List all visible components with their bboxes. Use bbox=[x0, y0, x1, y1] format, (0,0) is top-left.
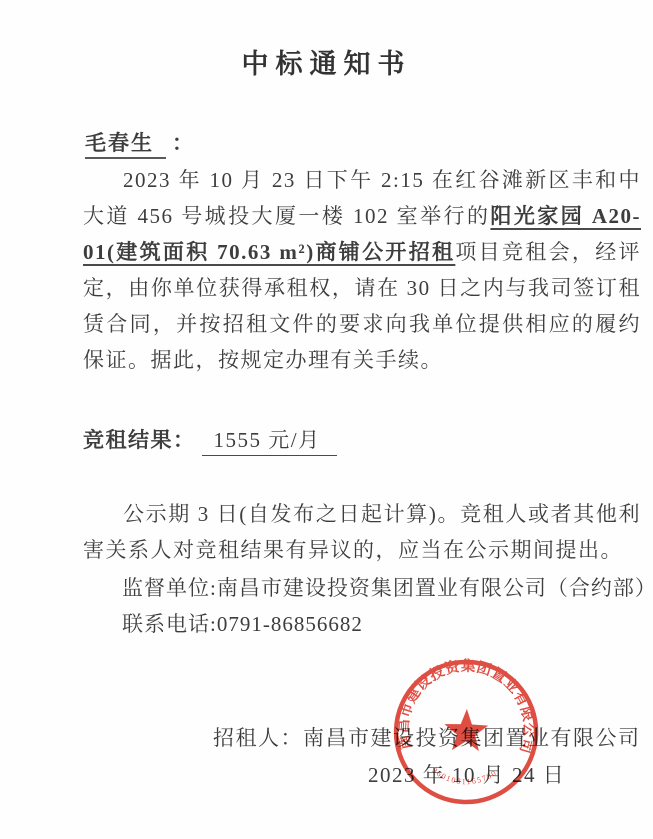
seal-star-icon bbox=[444, 708, 489, 751]
issuer-label: 招租人： bbox=[213, 726, 303, 750]
recipient-line: 毛春生： bbox=[85, 127, 195, 157]
bid-result-value: 1555 元/月 bbox=[202, 428, 337, 456]
recipient-name: 毛春生 bbox=[85, 131, 166, 159]
seal-registration-number: 3601081165780 bbox=[430, 766, 499, 788]
body-paragraph: 2023 年 10 月 23 日下午 2:15 在红谷滩新区丰和中大道 456 … bbox=[83, 162, 641, 378]
contact-phone-line: 联系电话:0791-86856682 bbox=[122, 608, 363, 638]
supervisor-unit-line: 监督单位:南昌市建设投资集团置业有限公司（合约部） bbox=[122, 572, 653, 602]
bid-result-line: 竞租结果：1555 元/月 bbox=[83, 424, 337, 454]
company-seal-stamp: 南昌市建设投资集团置业有限公司 3601081165780 bbox=[383, 651, 548, 816]
document-page: 中标通知书 毛春生： 2023 年 10 月 23 日下午 2:15 在红谷滩新… bbox=[0, 0, 653, 839]
bid-result-label: 竞租结果： bbox=[83, 428, 196, 452]
page-title: 中标通知书 bbox=[0, 42, 653, 81]
recipient-colon: ： bbox=[172, 131, 195, 155]
publicity-notice-paragraph: 公示期 3 日(自发布之日起计算)。竞租人或者其他利害关系人对竞租结果有异议的，… bbox=[83, 496, 641, 568]
